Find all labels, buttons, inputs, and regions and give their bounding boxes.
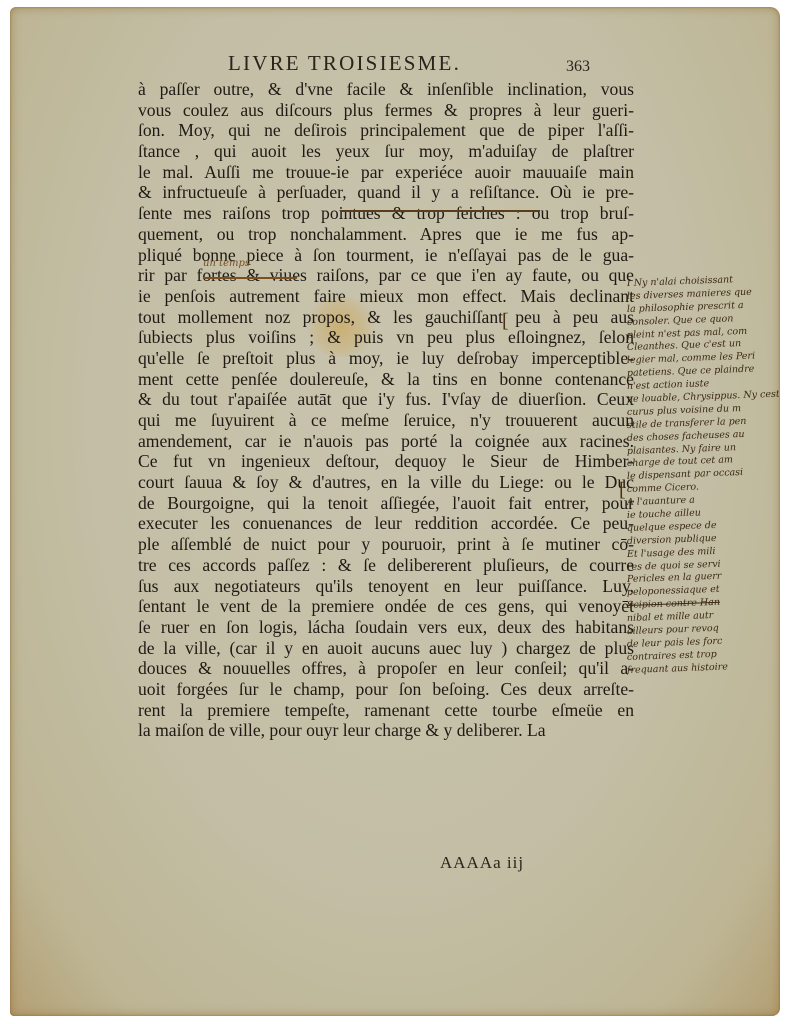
text-line: la maiſon de ville, pour ouyr leur charg… <box>138 720 634 741</box>
text-line: de la ville, (car il y en auoit aucuns a… <box>138 638 634 659</box>
text-line: rent la premiere tempeſte, ramenant cett… <box>138 700 634 721</box>
body-text: à paſſer outre, & d'vne facile & inſenſi… <box>138 79 634 741</box>
running-head: LIVRE TROISIESME. <box>228 51 461 76</box>
text-line: douces & nouuelles offres, à propoſer en… <box>138 658 634 679</box>
text-line: ſon. Moy, qui ne deſirois principalement… <box>138 120 634 141</box>
text-line: tre ces accords paſſez : & ſe deliberere… <box>138 555 634 576</box>
strike-line-resistance <box>340 210 540 212</box>
text-line: ſentant le vent de la premiere ondée de … <box>138 596 634 617</box>
text-line: ple aſſemblé de nuict pour y pouruoir, p… <box>138 534 634 555</box>
interlinear-annotation: un temps <box>203 258 250 269</box>
text-line: executer les conuenances de leur redditi… <box>138 513 634 534</box>
text-line: ſente mes raiſons trop pointues & trop ſ… <box>138 203 634 224</box>
text-line: vous coulez aus diſcours plus fermes & p… <box>138 100 634 121</box>
strike-line-bonne-piece <box>203 277 297 279</box>
text-line: qui me ſuyuirent à ce meſme ſeruice, n'y… <box>138 410 634 431</box>
text-line: ſe ruer en ſon logis, lácha ſoudain vers… <box>138 617 634 638</box>
text-line: uoit forgées ſur le champ, pour ſon beſo… <box>138 679 634 700</box>
text-line: & infructueuſe à perſuader, quand il y a… <box>138 182 634 203</box>
text-line: ſubiects plus voiſins ; & puis vn peu pl… <box>138 327 634 348</box>
page-number: 363 <box>566 58 590 76</box>
text-line: ment cette penſée doulereuſe, & la tins … <box>138 369 634 390</box>
text-line: à paſſer outre, & d'vne facile & inſenſi… <box>138 79 634 100</box>
text-line: le mal. Auſſi me trouue-ie par experiéce… <box>138 162 634 183</box>
text-line: amendement, car ie n'auois pas porté la … <box>138 431 634 452</box>
insertion-bracket: [ <box>619 479 626 502</box>
text-line: court ſauua & ſoy & d'autres, en la vill… <box>138 472 634 493</box>
text-line: ie penſois autrement faire mieux mon eff… <box>138 286 634 307</box>
signature-mark: AAAAa iij <box>440 853 524 873</box>
text-line: & du tout r'apaiſée autāt que i'y fus. I… <box>138 389 634 410</box>
text-line: ſtance , qui auoit les yeux ſur moy, m'a… <box>138 141 634 162</box>
margin-annotations: I Ny n'alai choisissant les diverses man… <box>627 278 779 678</box>
text-line: tout mollement noz propos, & les gauchiſ… <box>138 307 634 328</box>
text-line: quement, ou trop nonchalamment. Apres qu… <box>138 224 634 245</box>
text-line: qu'elle ſe preſtoit plus à moy, ie luy d… <box>138 348 634 369</box>
text-line: de Bourgoigne, qui la tenoit aſſiegée, l… <box>138 493 634 514</box>
insertion-bracket: [ <box>502 310 509 333</box>
text-line: Ce fut vn ingenieux deſtour, dequoy le S… <box>138 451 634 472</box>
text-line: ſus aux negotiateurs qu'ils tenoyent en … <box>138 576 634 597</box>
